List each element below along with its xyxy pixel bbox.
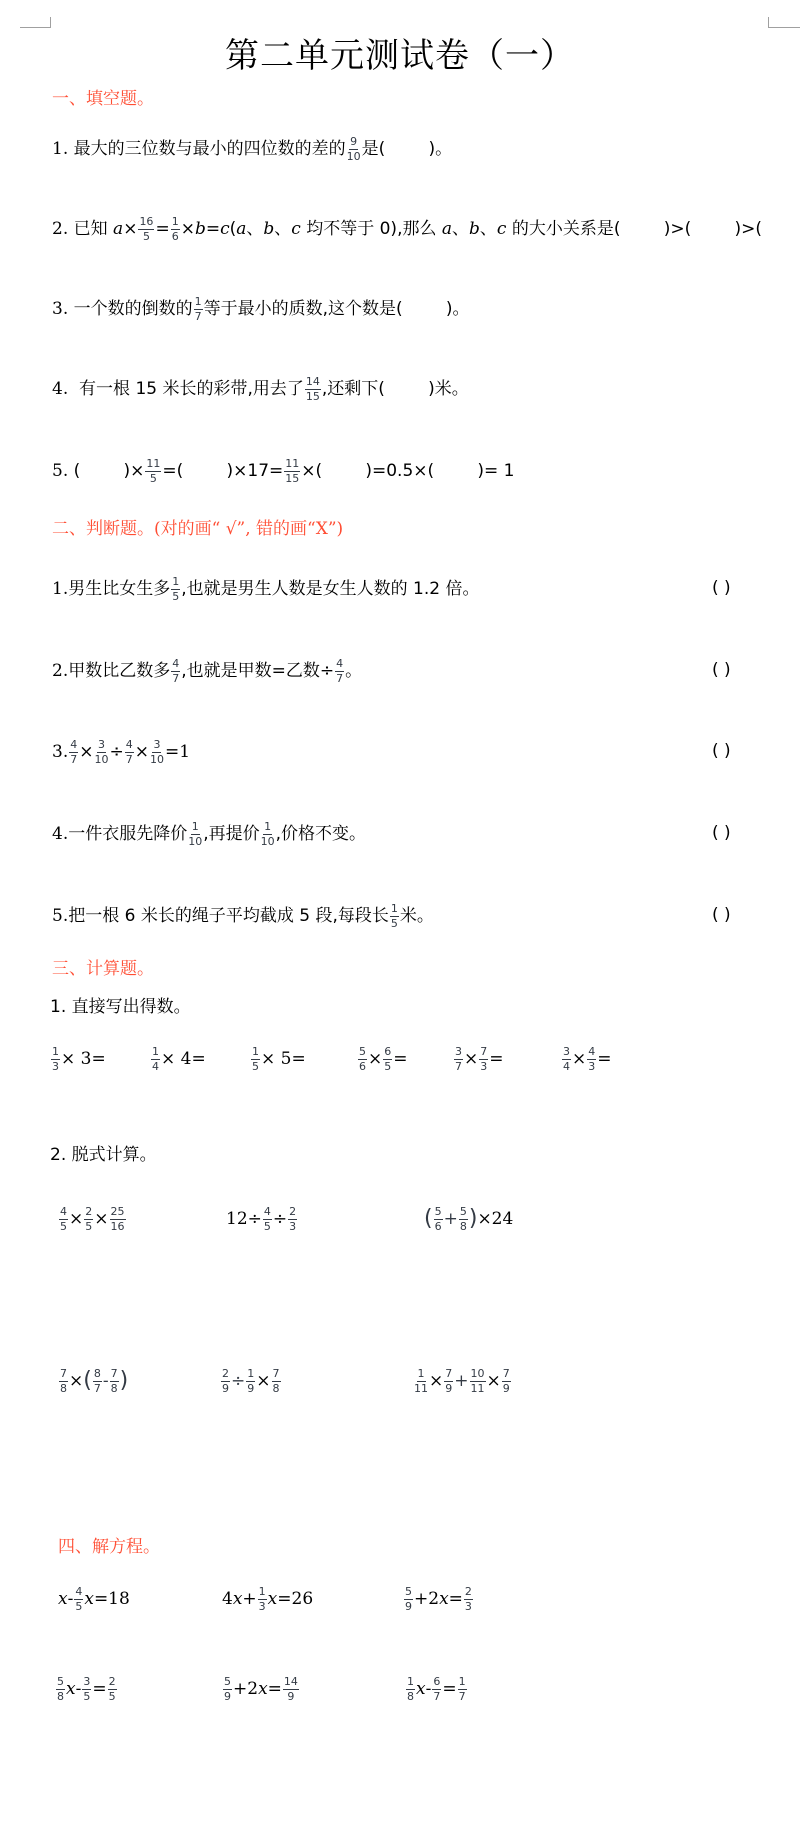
fraction: 115 xyxy=(145,458,161,485)
fraction: 13 xyxy=(51,1046,60,1073)
judge-question-3: 3.47×310÷47×310=1 xyxy=(52,737,190,767)
fraction: 58 xyxy=(459,1206,468,1233)
stepwise-item-1: 45×25×2516 xyxy=(58,1204,127,1234)
question-text: 一个数的倒数的 xyxy=(74,299,193,319)
fraction: 56 xyxy=(358,1046,367,1073)
stepwise-item-5: 29÷19×78 xyxy=(220,1366,282,1396)
fraction: 149 xyxy=(283,1676,299,1703)
question-number: 1. xyxy=(52,139,68,159)
section-heading-equations: 四、解方程。 xyxy=(58,1532,160,1557)
fraction: 25 xyxy=(84,1206,93,1233)
question-number: 5. xyxy=(52,906,68,926)
fraction: 29 xyxy=(221,1368,230,1395)
question-number: 1. xyxy=(52,579,68,599)
judge-question-1: 1.男生比女生多15,也就是男生人数是女生人数的 1.2 倍。 xyxy=(52,574,479,604)
oral-item-3: 15× 5= xyxy=(250,1044,306,1074)
fraction: 110 xyxy=(261,821,275,848)
fraction: 110 xyxy=(188,821,202,848)
fraction: 37 xyxy=(454,1046,463,1073)
fraction: 25 xyxy=(108,1676,117,1703)
question-number: 3. xyxy=(52,742,68,762)
answer-blank-text: 等于最小的质数,这个数是( )。 xyxy=(204,299,470,319)
fraction: 35 xyxy=(82,1676,91,1703)
fraction: 910 xyxy=(347,136,361,163)
question-text: 把一根 6 米长的绳子平均截成 5 段,每段长 xyxy=(68,906,389,926)
page-corner-mark-right xyxy=(768,17,800,28)
fraction: 67 xyxy=(432,1676,441,1703)
fraction: 59 xyxy=(404,1586,413,1613)
judge-answer-1[interactable]: ( ) xyxy=(712,578,731,598)
answer-blank-text: 的大小关系是( )>( )>( )。 xyxy=(506,219,800,239)
oral-item-1: 13× 3= xyxy=(50,1044,106,1074)
fraction: 1415 xyxy=(305,376,321,403)
fraction: 43 xyxy=(587,1046,596,1073)
fraction: 58 xyxy=(56,1676,65,1703)
question-text: ( )× xyxy=(74,461,145,481)
oral-calc-label: 1. 直接写出得数。 xyxy=(50,992,191,1022)
fraction: 87 xyxy=(93,1368,102,1395)
fraction: 17 xyxy=(194,296,203,323)
question-text: 一件衣服先降价 xyxy=(68,824,187,844)
fill-question-1: 1. 最大的三位数与最小的四位数的差的910是( )。 xyxy=(52,134,452,164)
oral-item-4: 56×65= xyxy=(357,1044,408,1074)
fraction: 23 xyxy=(464,1586,473,1613)
fraction: 14 xyxy=(151,1046,160,1073)
answer-blank-text: ,还剩下( )米。 xyxy=(322,379,469,399)
question-number: 4. xyxy=(52,824,68,844)
fraction: 2516 xyxy=(110,1206,126,1233)
fraction: 78 xyxy=(59,1368,68,1395)
fraction: 47 xyxy=(69,739,78,766)
fraction: 47 xyxy=(125,739,134,766)
fraction: 15 xyxy=(171,576,180,603)
fraction: 15 xyxy=(251,1046,260,1073)
fraction: 59 xyxy=(223,1676,232,1703)
fraction: 23 xyxy=(288,1206,297,1233)
question-number: 4. xyxy=(52,379,68,399)
fraction: 310 xyxy=(94,739,108,766)
stepwise-item-2: 12÷45÷23 xyxy=(226,1204,298,1234)
oral-item-2: 14× 4= xyxy=(150,1044,206,1074)
equation-5: 59+2x=149 xyxy=(222,1674,300,1704)
fraction: 78 xyxy=(272,1368,281,1395)
stepwise-item-4: 78×(87-78) xyxy=(58,1366,128,1396)
oral-item-5: 37×73= xyxy=(453,1044,504,1074)
fill-question-4: 4. 有一根 15 米长的彩带,用去了1415,还剩下( )米。 xyxy=(52,374,469,404)
fraction: 310 xyxy=(150,739,164,766)
question-text: 有一根 15 米长的彩带,用去了 xyxy=(74,379,304,399)
page-title: 第二单元测试卷（一） xyxy=(0,28,800,77)
question-text: 已知 xyxy=(74,219,113,239)
page-corner-mark-left xyxy=(20,17,51,28)
fraction: 56 xyxy=(434,1206,443,1233)
stepwise-calc-label: 2. 脱式计算。 xyxy=(50,1140,157,1170)
equation-6: 18x-67=17 xyxy=(405,1674,468,1704)
stepwise-item-6: 111×79+1011×79 xyxy=(413,1366,512,1396)
fill-question-3: 3. 一个数的倒数的17等于最小的质数,这个数是( )。 xyxy=(52,294,470,324)
fraction: 79 xyxy=(444,1368,453,1395)
judge-answer-4[interactable]: ( ) xyxy=(712,823,731,843)
judge-answer-2[interactable]: ( ) xyxy=(712,660,731,680)
answer-blank-text: 是( )。 xyxy=(362,139,453,159)
fraction: 1011 xyxy=(470,1368,486,1395)
section-heading-calc: 三、计算题。 xyxy=(52,954,154,979)
question-number: 2. xyxy=(52,661,68,681)
fill-question-2: 2. 已知 a×165=16×b=c(a、b、c 均不等于 0),那么 a、b、… xyxy=(52,214,800,244)
section-heading-fill-blank: 一、填空题。 xyxy=(52,84,154,109)
fraction: 47 xyxy=(171,658,180,685)
fraction: 16 xyxy=(171,216,180,243)
fraction: 73 xyxy=(479,1046,488,1073)
fill-question-5: 5. ( )×115=( )×17=1115×( )=0.5×( )= 1 xyxy=(52,456,514,486)
fraction: 34 xyxy=(562,1046,571,1073)
question-number: 5. xyxy=(52,461,68,481)
equation-3: 59+2x=23 xyxy=(403,1584,474,1614)
judge-answer-5[interactable]: ( ) xyxy=(712,905,731,925)
question-number: 3. xyxy=(52,299,68,319)
judge-question-5: 5.把一根 6 米长的绳子平均截成 5 段,每段长15米。 xyxy=(52,901,434,931)
fraction: 65 xyxy=(383,1046,392,1073)
oral-item-6: 34×43= xyxy=(561,1044,612,1074)
equation-1: x-45x=18 xyxy=(58,1584,130,1614)
fraction: 111 xyxy=(414,1368,428,1395)
section-heading-judge: 二、判断题。(对的画“ √”, 错的画“X”) xyxy=(52,514,343,539)
fraction: 165 xyxy=(138,216,154,243)
fraction: 15 xyxy=(390,903,399,930)
equation-2: 4x+13x=26 xyxy=(222,1584,313,1614)
judge-question-4: 4.一件衣服先降价110,再提价110,价格不变。 xyxy=(52,819,366,849)
fraction: 78 xyxy=(110,1368,119,1395)
fraction: 18 xyxy=(406,1676,415,1703)
equation-4: 58x-35=25 xyxy=(55,1674,118,1704)
fraction: 17 xyxy=(458,1676,467,1703)
fraction: 79 xyxy=(502,1368,511,1395)
fraction: 45 xyxy=(74,1586,83,1613)
judge-question-2: 2.甲数比乙数多47,也就是甲数=乙数÷47。 xyxy=(52,656,362,686)
fraction: 19 xyxy=(246,1368,255,1395)
judge-answer-3[interactable]: ( ) xyxy=(712,741,731,761)
fraction: 1115 xyxy=(284,458,300,485)
stepwise-item-3: (56+58)×24 xyxy=(424,1204,513,1234)
fraction: 47 xyxy=(335,658,344,685)
question-text: 甲数比乙数多 xyxy=(68,661,170,681)
fraction: 45 xyxy=(59,1206,68,1233)
fraction: 45 xyxy=(263,1206,272,1233)
fraction: 13 xyxy=(258,1586,267,1613)
question-number: 2. xyxy=(52,219,68,239)
question-text: 男生比女生多 xyxy=(68,579,170,599)
question-text: 最大的三位数与最小的四位数的差的 xyxy=(74,139,346,159)
